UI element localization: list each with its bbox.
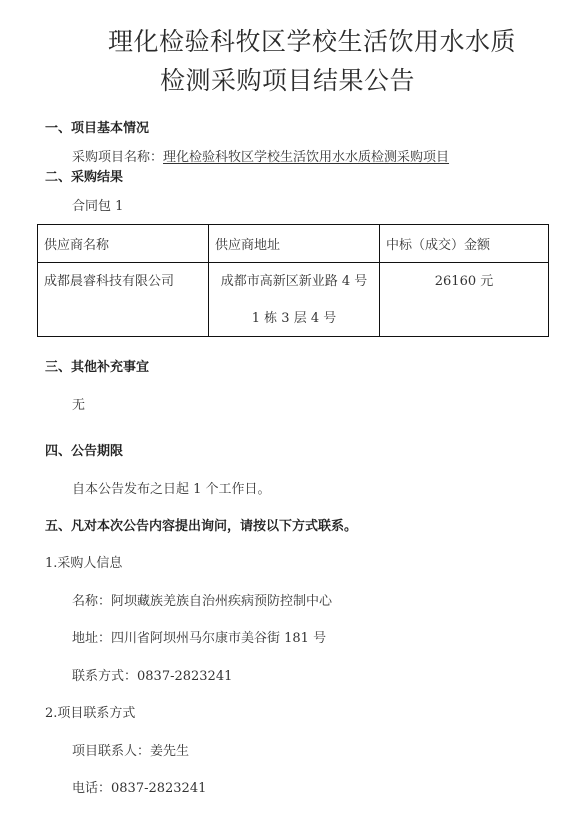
purchaser-info-heading: 1.采购人信息 (45, 552, 122, 571)
page-title-line1: 理化检验科牧区学校生活饮用水水质 (108, 22, 516, 58)
project-name-value: 理化检验科牧区学校生活饮用水水质检测采购项目 (163, 150, 449, 165)
purchaser-address: 地址：四川省阿坝州马尔康市美谷街 181 号 (72, 627, 326, 646)
section2-heading: 二、采购结果 (45, 166, 123, 185)
table-row: 成都晨睿科技有限公司 成都市高新区新业路 4 号 1 栋 3 层 4 号 261… (38, 263, 549, 337)
project-contact-person: 项目联系人：姜先生 (72, 740, 189, 759)
header-supplier-name: 供应商名称 (38, 225, 209, 263)
address-line1: 成都市高新区新业路 4 号 (215, 272, 373, 292)
page-title-line2: 检测采购项目结果公告 (160, 61, 415, 97)
purchaser-contact: 联系方式：0837-2823241 (72, 665, 232, 684)
project-name-row: 采购项目名称：理化检验科牧区学校生活饮用水水质检测采购项目 (72, 146, 449, 165)
address-line2: 1 栋 3 层 4 号 (215, 309, 373, 329)
section3-heading: 三、其他补充事宜 (45, 356, 149, 375)
header-supplier-address: 供应商地址 (209, 225, 380, 263)
section1-heading: 一、项目基本情况 (45, 117, 149, 136)
section3-content: 无 (72, 394, 85, 413)
project-contact-heading: 2.项目联系方式 (45, 702, 135, 721)
project-name-label: 采购项目名称： (72, 150, 163, 165)
purchaser-name: 名称：阿坝藏族羌族自治州疾病预防控制中心 (72, 590, 332, 609)
result-table: 供应商名称 供应商地址 中标（成交）金额 成都晨睿科技有限公司 成都市高新区新业… (37, 224, 549, 337)
contract-package: 合同包 1 (72, 195, 123, 214)
section4-content: 自本公告发布之日起 1 个工作日。 (72, 478, 271, 497)
cell-supplier-name: 成都晨睿科技有限公司 (38, 263, 209, 337)
section5-heading: 五、凡对本次公告内容提出询问，请按以下方式联系。 (45, 515, 357, 534)
table-header-row: 供应商名称 供应商地址 中标（成交）金额 (38, 225, 549, 263)
project-contact-phone: 电话：0837-2823241 (72, 777, 206, 796)
cell-supplier-address: 成都市高新区新业路 4 号 1 栋 3 层 4 号 (209, 263, 380, 337)
header-award-amount: 中标（成交）金额 (380, 225, 549, 263)
cell-award-amount: 26160 元 (380, 263, 549, 337)
section4-heading: 四、公告期限 (45, 440, 123, 459)
